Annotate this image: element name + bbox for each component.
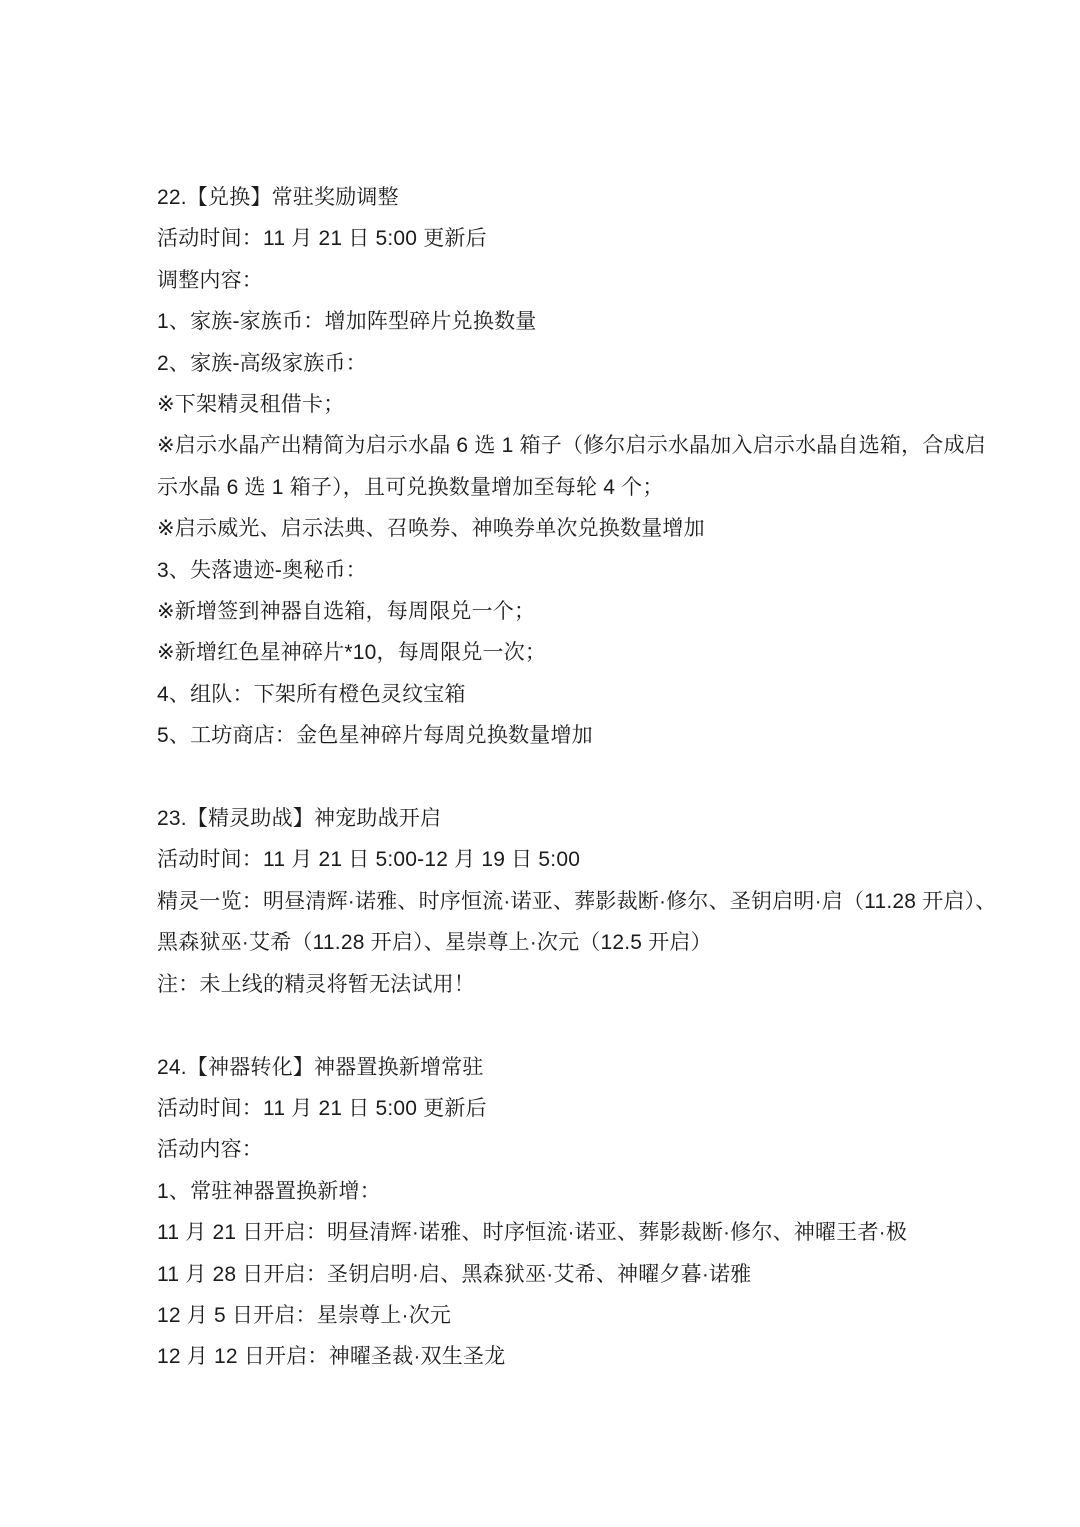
text-line: ※启示水晶产出精简为启示水晶 6 选 1 箱子（修尔启示水晶加入启示水晶自选箱，… (157, 425, 1020, 466)
text-line: ※启示威光、启示法典、召唤券、神唤券单次兑换数量增加 (157, 508, 1020, 549)
text-line: 活动时间：11 月 21 日 5:00 更新后 (157, 218, 1020, 259)
text-line: 示水晶 6 选 1 箱子），且可兑换数量增加至每轮 4 个； (157, 467, 1020, 508)
text-line: ※下架精灵租借卡； (157, 384, 1020, 425)
section-22-exchange: 22.【兑换】常驻奖励调整 活动时间：11 月 21 日 5:00 更新后 调整… (157, 177, 1020, 757)
text-line: ※新增签到神器自选箱，每周限兑一个； (157, 591, 1020, 632)
text-line: 精灵一览：明昼清辉·诺雅、时序恒流·诺亚、葬影裁断·修尔、圣钥启明·启（11.2… (157, 881, 1020, 922)
section-23-sprite-assist: 23.【精灵助战】神宠助战开启 活动时间：11 月 21 日 5:00-12 月… (157, 798, 1020, 1005)
text-line: 黑森狱巫·艾希（11.28 开启）、星崇尊上·次元（12.5 开启） (157, 922, 1020, 963)
text-line: 2、家族-高级家族币： (157, 343, 1020, 384)
text-line: 11 月 28 日开启：圣钥启明·启、黑森狱巫·艾希、神曜夕暮·诺雅 (157, 1254, 1020, 1295)
text-line: 12 月 5 日开启：星崇尊上·次元 (157, 1295, 1020, 1336)
text-line: 1、家族-家族币：增加阵型碎片兑换数量 (157, 301, 1020, 342)
document-page: 22.【兑换】常驻奖励调整 活动时间：11 月 21 日 5:00 更新后 调整… (0, 0, 1080, 1527)
text-line: 活动时间：11 月 21 日 5:00-12 月 19 日 5:00 (157, 839, 1020, 880)
document-content: 22.【兑换】常驻奖励调整 活动时间：11 月 21 日 5:00 更新后 调整… (0, 0, 1080, 1378)
text-line: 5、工坊商店：金色星神碎片每周兑换数量增加 (157, 715, 1020, 756)
text-line: ※新增红色星神碎片*10，每周限兑一次； (157, 632, 1020, 673)
section-heading: 24.【神器转化】神器置换新增常驻 (157, 1047, 1020, 1088)
text-line: 4、组队：下架所有橙色灵纹宝箱 (157, 674, 1020, 715)
text-line: 注：未上线的精灵将暂无法试用！ (157, 964, 1020, 1005)
text-line: 1、常驻神器置换新增： (157, 1171, 1020, 1212)
text-line: 3、失落遗迹-奥秘币： (157, 550, 1020, 591)
section-heading: 22.【兑换】常驻奖励调整 (157, 177, 1020, 218)
text-line: 调整内容： (157, 260, 1020, 301)
text-line: 12 月 12 日开启：神曜圣裁·双生圣龙 (157, 1336, 1020, 1377)
text-line: 活动时间：11 月 21 日 5:00 更新后 (157, 1088, 1020, 1129)
text-line: 11 月 21 日开启：明昼清辉·诺雅、时序恒流·诺亚、葬影裁断·修尔、神曜王者… (157, 1212, 1020, 1253)
section-heading: 23.【精灵助战】神宠助战开启 (157, 798, 1020, 839)
section-24-artifact-convert: 24.【神器转化】神器置换新增常驻 活动时间：11 月 21 日 5:00 更新… (157, 1047, 1020, 1378)
text-line: 活动内容： (157, 1129, 1020, 1170)
